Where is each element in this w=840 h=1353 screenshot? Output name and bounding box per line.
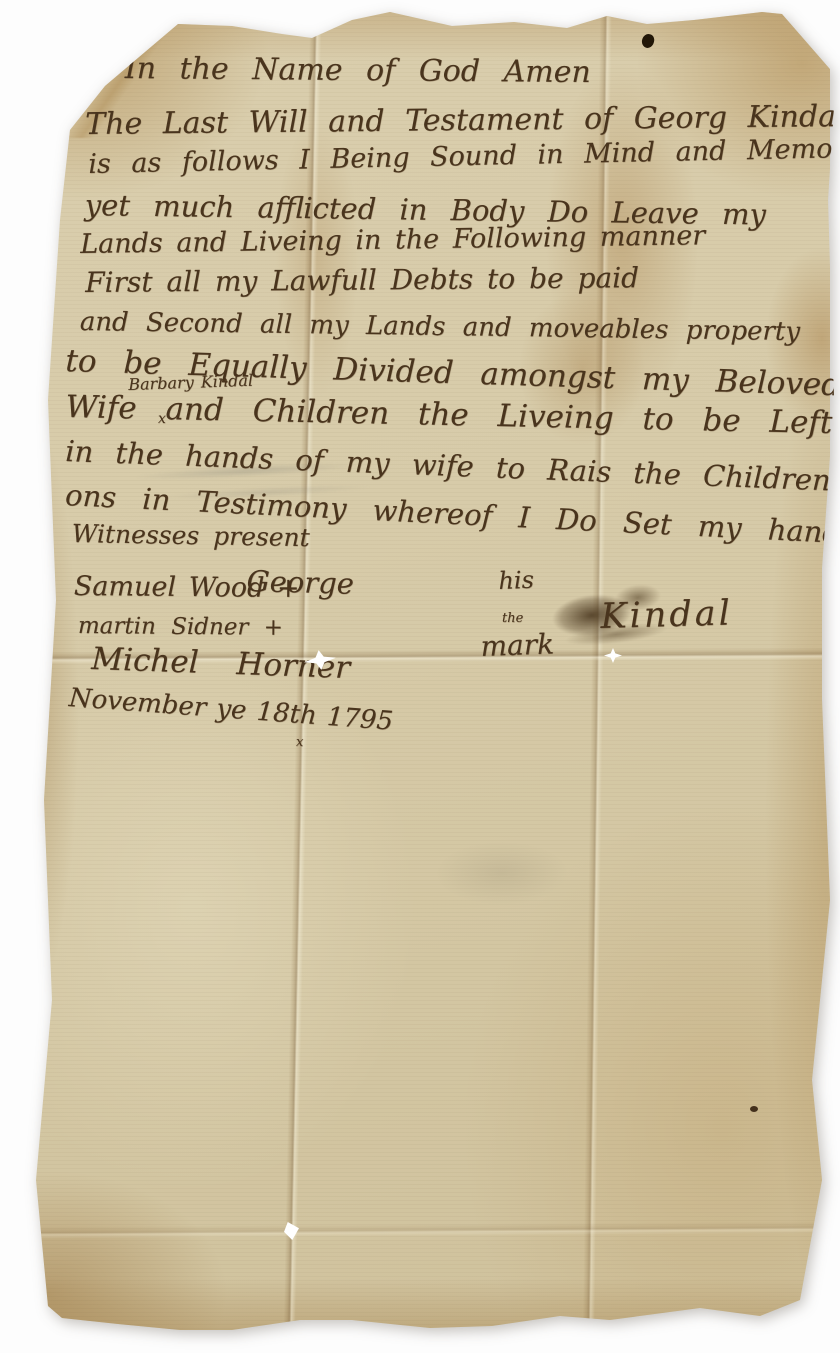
scanned-will-document: In the Name of God Amen The Last Will an… (0, 0, 840, 1353)
body-line: First all my Lawfull Debts to be paid (85, 263, 639, 299)
stray-caret-mark: x (296, 736, 303, 750)
witness-signature: martin Sidner + (78, 614, 283, 641)
date-line: November ye 18th 1795 (68, 684, 394, 736)
testator-given-name: George (246, 566, 354, 601)
fold-crease-horizontal-lower (22, 1221, 830, 1239)
testator-surname: Kindal (600, 595, 733, 637)
insertion-caret: x (158, 412, 166, 427)
paper-sheet: In the Name of God Amen The Last Will an… (22, 8, 830, 1342)
ink-speck (750, 1106, 758, 1112)
body-line: and Second all my Lands and moveables pr… (80, 308, 801, 347)
his-label: his (498, 567, 534, 595)
the-label: the (502, 612, 523, 626)
body-line: Lands and Liveing in the Following manne… (80, 221, 705, 259)
mark-label: mark (480, 629, 555, 662)
heading-line: In the Name of God Amen (125, 52, 591, 89)
ink-dot-hole (640, 33, 655, 50)
witnesses-heading: Witnesses present (72, 520, 310, 552)
interlinear-insertion: Barbary Kindal (128, 372, 253, 394)
witness-signature: Michel Horner (91, 642, 351, 685)
